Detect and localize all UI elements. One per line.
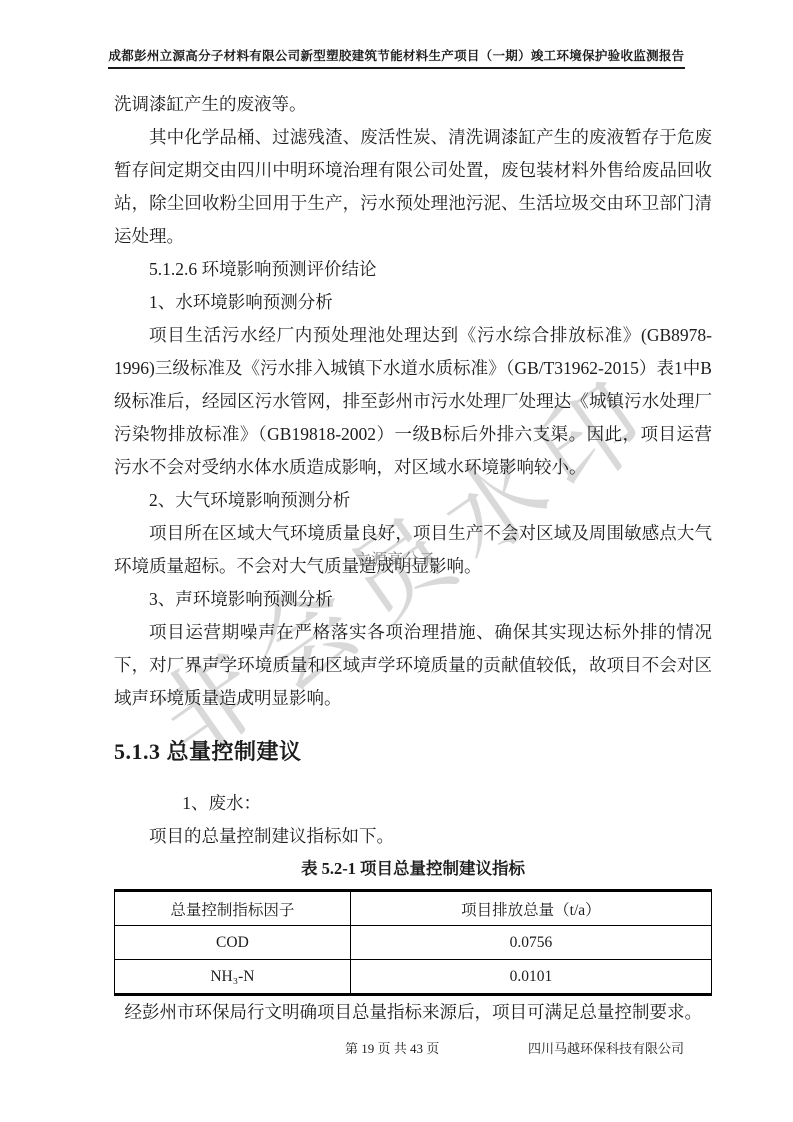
paragraph: 其中化学品桶、过滤残渣、废活性炭、清洗调漆缸产生的废液暂存于危废暂存间定期交由四… bbox=[114, 121, 712, 253]
paragraph: 项目生活污水经厂内预处理池处理达到《污水综合排放标准》(GB8978-1996)… bbox=[114, 319, 712, 484]
list-item-heading: 3、声环境影响预测分析 bbox=[114, 583, 712, 616]
list-item-heading: 1、废水： bbox=[114, 787, 712, 820]
table-row: COD 0.0756 bbox=[115, 926, 712, 960]
column-header-factor: 总量控制指标因子 bbox=[115, 891, 351, 926]
total-control-table: 总量控制指标因子 项目排放总量（t/a） COD 0.0756 NH₃-N 0.… bbox=[114, 889, 712, 996]
paragraph: 洗调漆缸产生的废液等。 bbox=[114, 88, 712, 121]
center-watermark: 立源高分子 bbox=[355, 547, 435, 570]
paragraph: 项目的总量控制建议指标如下。 bbox=[114, 820, 712, 853]
table-header-row: 总量控制指标因子 项目排放总量（t/a） bbox=[115, 891, 712, 926]
footer-company: 四川马越环保科技有限公司 bbox=[528, 1038, 684, 1057]
list-item-heading: 1、水环境影响预测分析 bbox=[114, 286, 712, 319]
header-title: 成都彭州立源高分子材料有限公司新型塑胶建筑节能材料生产项目（一期）竣工环境保护验… bbox=[108, 46, 684, 69]
cell-amount: 0.0756 bbox=[350, 926, 711, 960]
column-header-amount: 项目排放总量（t/a） bbox=[350, 891, 711, 926]
table-row: NH₃-N 0.0101 bbox=[115, 960, 712, 995]
document-page: 非会员水印 立源高分子 成都彭州立源高分子材料有限公司新型塑胶建筑节能材料生产项… bbox=[0, 0, 793, 1122]
cell-factor: COD bbox=[115, 926, 351, 960]
paragraph: 经彭州市环保局行文明确项目总量指标来源后，项目可满足总量控制要求。 bbox=[114, 996, 712, 1029]
paragraph: 项目运营期噪声在严格落实各项治理措施、确保其实现达标外排的情况下，对厂界声学环境… bbox=[114, 616, 712, 715]
subsection-heading: 5.1.2.6 环境影响预测评价结论 bbox=[114, 253, 712, 286]
cell-amount: 0.0101 bbox=[350, 960, 711, 995]
page-number: 第 19 页 共 43 页 bbox=[345, 1038, 439, 1057]
cell-factor: NH₃-N bbox=[115, 960, 351, 995]
list-item-heading: 2、大气环境影响预测分析 bbox=[114, 484, 712, 517]
section-heading: 5.1.3 总量控制建议 bbox=[114, 737, 712, 767]
page-header: 成都彭州立源高分子材料有限公司新型塑胶建筑节能材料生产项目（一期）竣工环境保护验… bbox=[0, 46, 793, 69]
table-caption: 表 5.2-1 项目总量控制建议指标 bbox=[114, 857, 712, 881]
